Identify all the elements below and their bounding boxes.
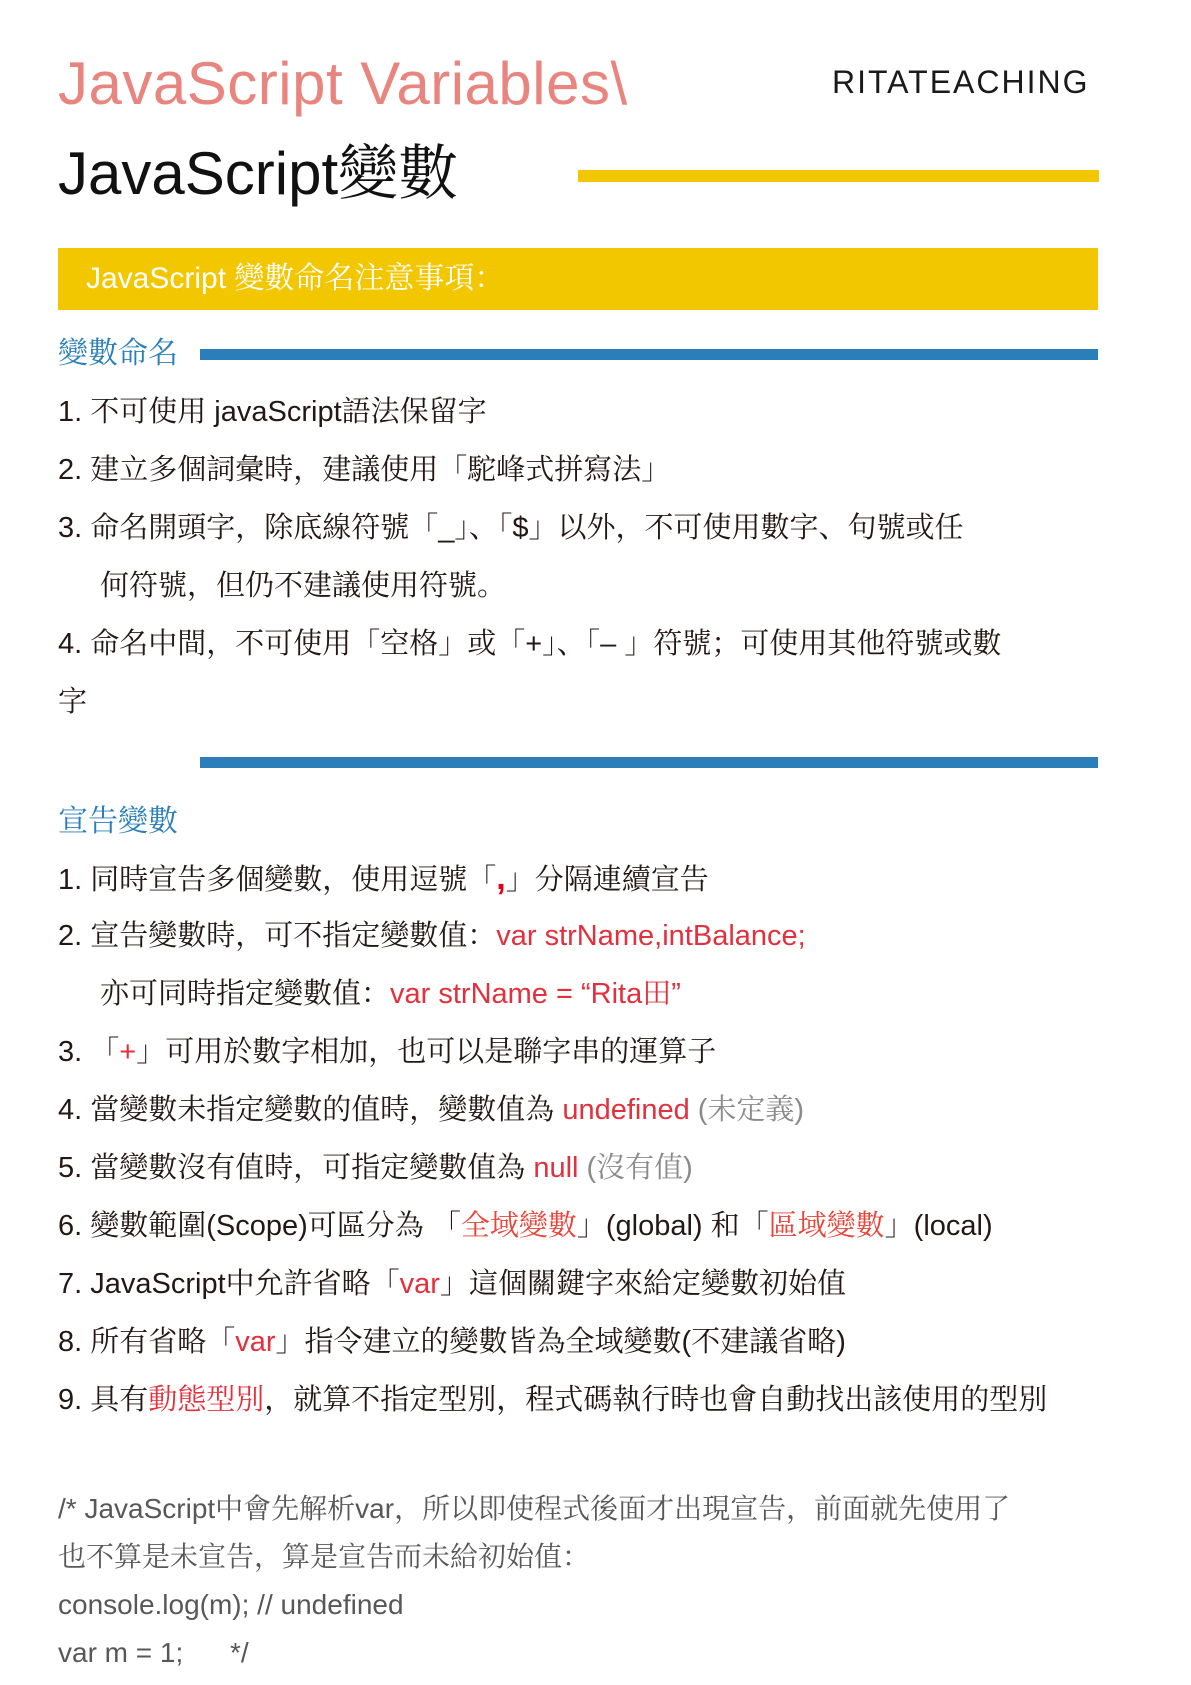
item-text: 6. 變數範圍(Scope)可區分為 「 <box>58 1210 461 1242</box>
brand-label: RITATEACHING <box>832 62 1089 102</box>
item-text: 9. 具有 <box>58 1384 148 1416</box>
item-text: 」(global) 和「 <box>577 1210 769 1242</box>
declare-item-9: 9. 具有動態型別，就算不指定型別，程式碼執行時也會自動找出該使用的型別 <box>58 1382 1047 1418</box>
item-text: ，就算不指定型別，程式碼執行時也會自動找出該使用的型別 <box>264 1384 1047 1416</box>
declare-item-2: 2. 宣告變數時，可不指定變數值：var strName,intBalance; <box>58 918 806 954</box>
declare-item-5: 5. 當變數沒有值時，可指定變數值為 null (沒有值) <box>58 1150 693 1186</box>
declare-item-2-cont: 亦可同時指定變數值：var strName = “Rita田” <box>100 976 681 1012</box>
item-text: 亦可同時指定變數值： <box>100 978 390 1010</box>
declare-item-8: 8. 所有省略「var」指令建立的變數皆為全域變數(不建議省略) <box>58 1324 846 1360</box>
code-snippet: var strName,intBalance; <box>496 920 805 952</box>
item-text: 5. 當變數沒有值時，可指定變數值為 <box>58 1152 533 1184</box>
code-snippet: var <box>400 1268 440 1300</box>
item-text: 」分隔連續宣告 <box>506 864 709 896</box>
naming-item-4: 4. 命名中間，不可使用「空格」或「+」、「– 」符號；可使用其他符號或數 <box>58 626 1001 662</box>
item-text: 4. 當變數未指定變數的值時，變數值為 <box>58 1094 562 1126</box>
page-title-chinese: JavaScript變數 <box>58 138 458 210</box>
naming-item-1: 1. 不可使用 javaScript語法保留字 <box>58 394 487 430</box>
naming-divider <box>200 349 1098 360</box>
naming-item-3: 3. 命名開頭字，除底線符號「_」、「$」以外，不可使用數字、句號或任 <box>58 510 964 546</box>
banner-text: JavaScript 變數命名注意事項： <box>86 261 504 297</box>
annotation: (沒有值) <box>578 1152 692 1184</box>
section-banner: JavaScript 變數命名注意事項： <box>58 248 1098 310</box>
note-line-2: 也不算是未宣告，算是宣告而未給初始值： <box>58 1540 590 1574</box>
item-text: 」這個關鍵字來給定變數初始值 <box>440 1268 846 1300</box>
item-text: 2. 宣告變數時，可不指定變數值： <box>58 920 496 952</box>
comma-mark: , <box>496 859 505 897</box>
note-line-3: console.log(m); // undefined <box>58 1588 404 1622</box>
item-text: 」(local) <box>885 1210 993 1242</box>
item-text: 3. 「 <box>58 1036 119 1068</box>
highlight-local: 區域變數 <box>769 1210 885 1242</box>
declare-item-4: 4. 當變數未指定變數的值時，變數值為 undefined (未定義) <box>58 1092 804 1128</box>
item-text: 8. 所有省略「 <box>58 1326 235 1358</box>
item-text: 1. 同時宣告多個變數，使用逗號「 <box>58 864 496 896</box>
declare-section-title: 宣告變數 <box>58 804 178 840</box>
naming-item-3-cont: 何符號，但仍不建議使用符號。 <box>100 568 506 604</box>
code-snippet: undefined <box>562 1094 689 1126</box>
declare-item-6: 6. 變數範圍(Scope)可區分為 「全域變數」(global) 和「區域變數… <box>58 1208 993 1244</box>
page-title-english: JavaScript Variables\ <box>58 48 628 120</box>
title-divider <box>578 170 1099 182</box>
note-line-4: var m = 1; */ <box>58 1636 249 1670</box>
highlight-dynamic-type: 動態型別 <box>148 1384 264 1416</box>
note-line-1: /* JavaScript中會先解析var，所以即使程式後面才出現宣告，前面就先… <box>58 1492 1010 1526</box>
annotation: (未定義) <box>690 1094 804 1126</box>
code-snippet: null <box>533 1152 578 1184</box>
section-divider <box>200 757 1098 768</box>
item-text: 」指令建立的變數皆為全域變數(不建議省略) <box>276 1326 846 1358</box>
item-text: 」可用於數字相加，也可以是聯字串的運算子 <box>136 1036 716 1068</box>
declare-item-1: 1. 同時宣告多個變數，使用逗號「,」分隔連續宣告 <box>58 860 709 898</box>
plus-mark: + <box>119 1036 136 1068</box>
naming-section-title: 變數命名 <box>58 336 178 372</box>
naming-item-4-cont: 字 <box>58 684 87 720</box>
declare-item-7: 7. JavaScript中允許省略「var」這個關鍵字來給定變數初始值 <box>58 1266 846 1302</box>
item-text: 7. JavaScript中允許省略「 <box>58 1268 400 1300</box>
code-snippet: var strName = “Rita田” <box>390 978 681 1010</box>
code-snippet: var <box>235 1326 275 1358</box>
declare-item-3: 3. 「+」可用於數字相加，也可以是聯字串的運算子 <box>58 1034 716 1070</box>
highlight-global: 全域變數 <box>461 1210 577 1242</box>
naming-item-2: 2. 建立多個詞彙時，建議使用「駝峰式拼寫法」 <box>58 452 670 488</box>
